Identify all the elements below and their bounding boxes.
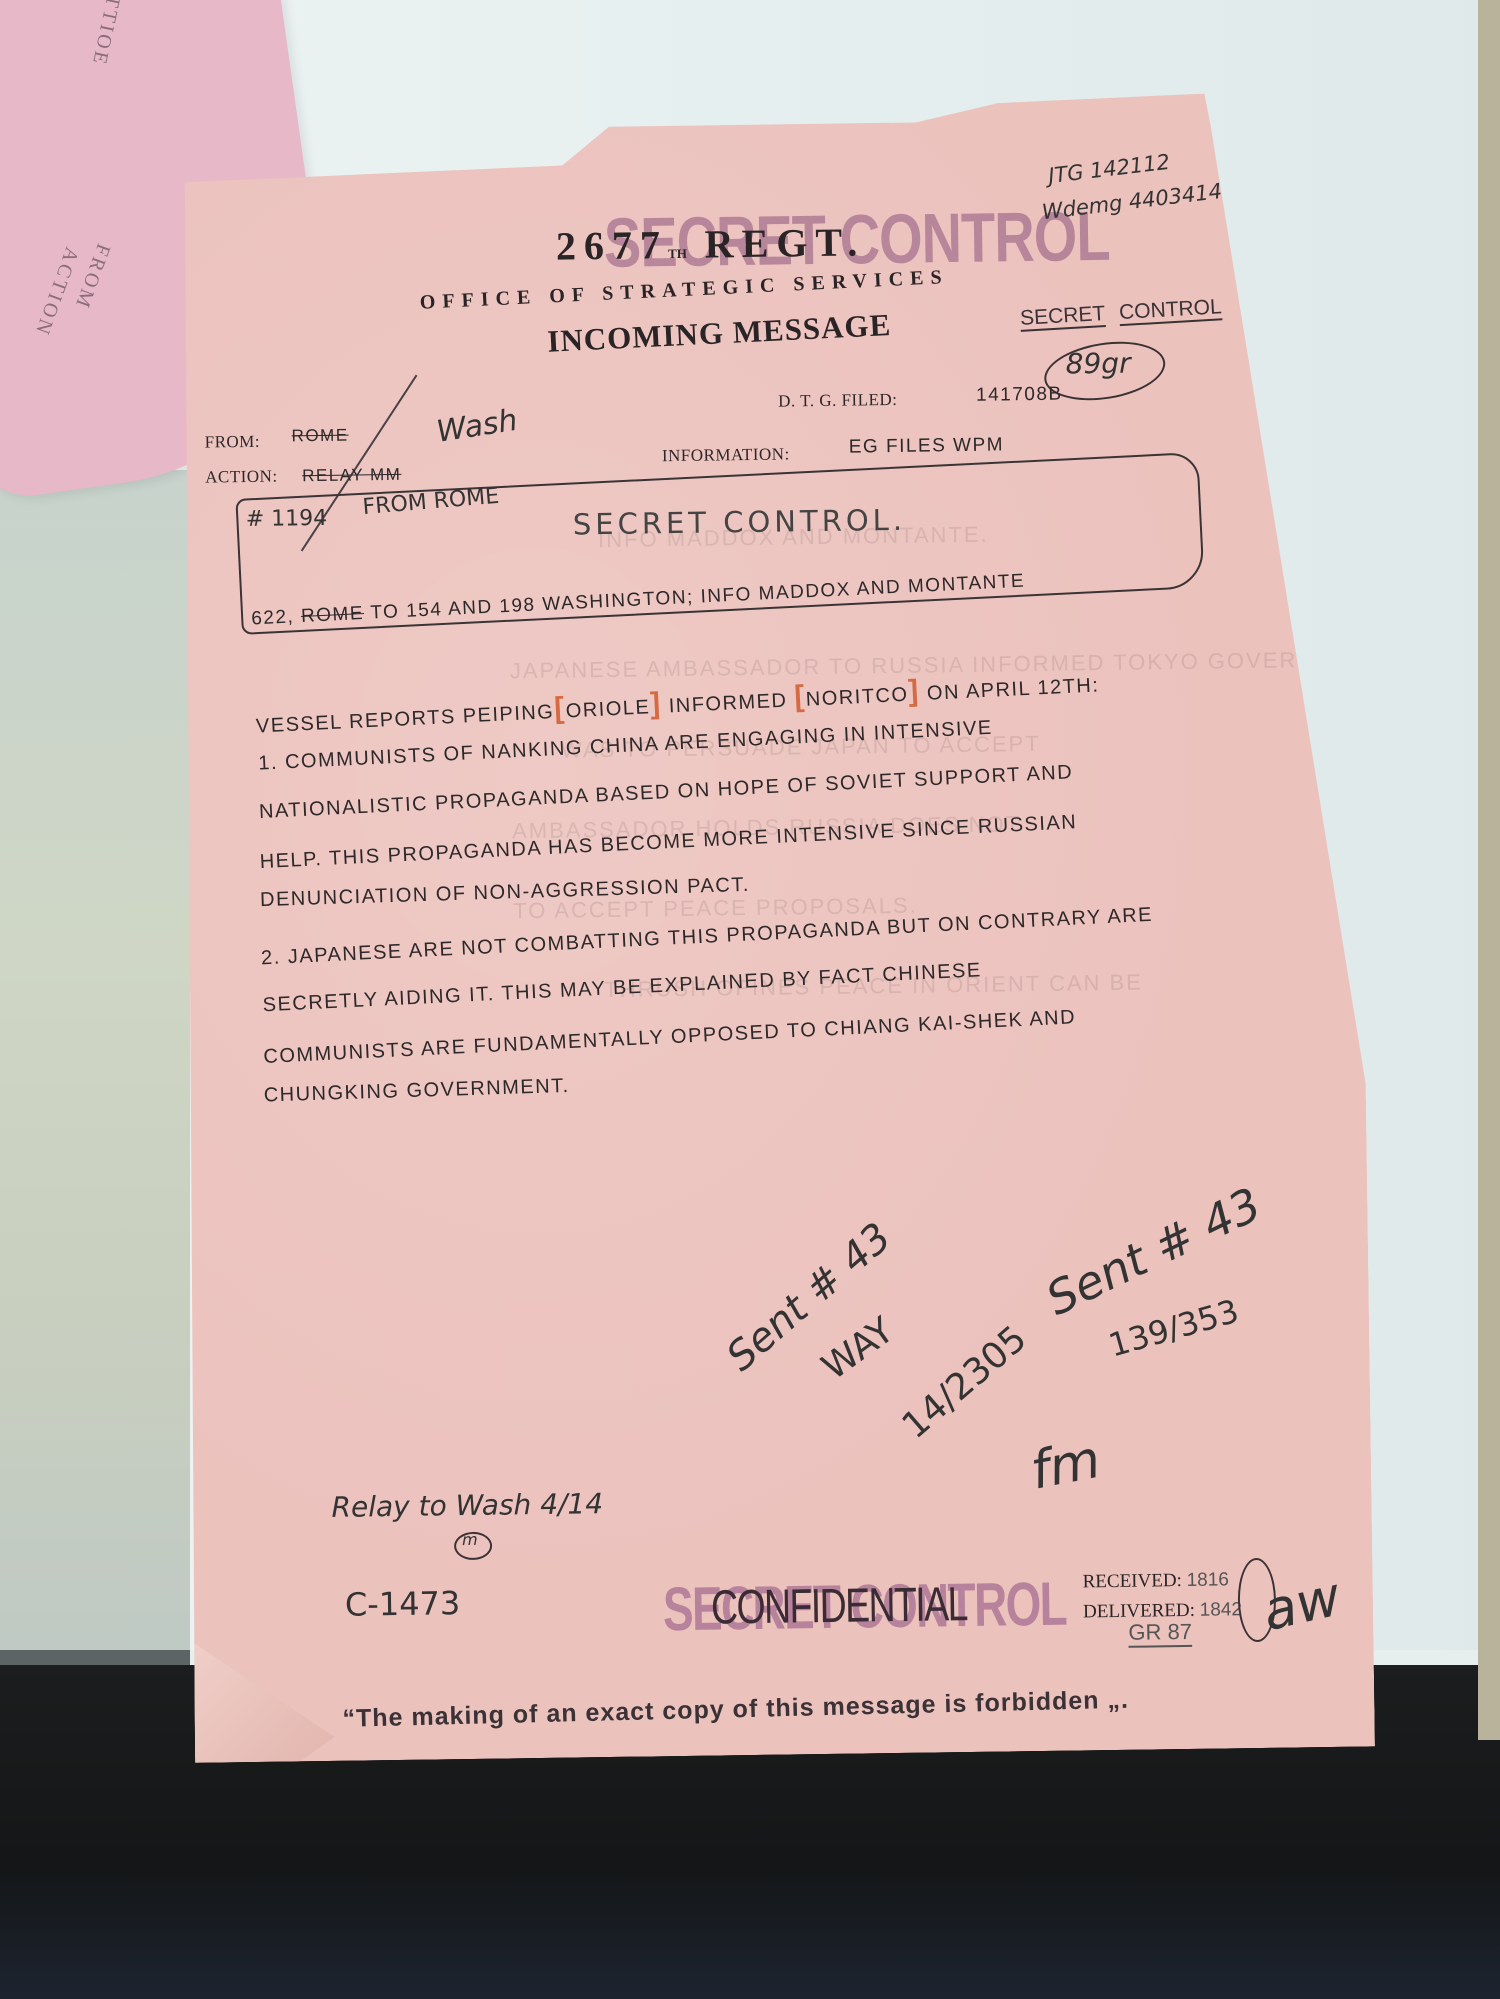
form-title: INCOMING MESSAGE: [547, 307, 892, 360]
handwritten-initials: fm: [1026, 1430, 1105, 1502]
bracket-icon: [: [553, 691, 566, 725]
action-label: ACTION:: [205, 467, 278, 488]
delivered-value: 1842: [1200, 1599, 1243, 1621]
regiment-suffix: TH: [668, 246, 687, 261]
folded-corner: [193, 1641, 335, 1763]
dtg-label: D. T. G. FILED:: [778, 390, 898, 412]
circled-note-text: 89gr: [1065, 347, 1130, 381]
body-line: CHUNGKING GOVERNMENT.: [263, 1075, 570, 1108]
relay-initial: m: [462, 1530, 478, 1549]
group-count: GR 87: [1128, 1619, 1192, 1646]
handwritten-way: WAY: [815, 1310, 902, 1389]
codename-oriole: ORIOLE: [565, 696, 651, 722]
received-value: 1816: [1186, 1569, 1229, 1591]
handwritten-relay: Relay to Wash 4/14: [331, 1487, 603, 1524]
bracket-icon: ]: [649, 687, 662, 721]
background-surface: [0, 470, 190, 1670]
information-value: EG FILES WPM: [849, 434, 1005, 458]
action-value-struck: RELAY MM: [302, 465, 402, 486]
background-right-strip: [1478, 0, 1500, 1740]
from-label: FROM:: [205, 432, 261, 453]
mirrored-text: OTTIOE: [87, 0, 128, 69]
secret-control-label: SECRETCONTROL: [1019, 294, 1236, 330]
received-label: RECEIVED:: [1083, 1570, 1183, 1592]
handwritten-ref: 139/353: [1104, 1292, 1242, 1365]
message-form: INFO MADDOX AND MONTANTE. JAPANESE AMBAS…: [172, 92, 1375, 1763]
from-value-struck: ROME: [291, 426, 348, 447]
from-handwritten: Wash: [434, 403, 519, 450]
bracket-icon: [: [793, 680, 806, 714]
codename-noritco: NORITCO: [805, 684, 909, 711]
receipt-block: RECEIVED: 1816 DELIVERED: 1842: [1082, 1565, 1242, 1627]
dtg-value: 141708B: [976, 384, 1063, 407]
regiment-number: 2677: [556, 222, 669, 269]
message-number: # 1194: [246, 506, 328, 532]
body-line: COMMUNISTS ARE FUNDAMENTALLY OPPOSED TO …: [263, 1006, 1077, 1069]
secret-control-handwritten: SECRET CONTROL.: [573, 503, 907, 542]
information-label: INFORMATION:: [662, 444, 790, 466]
regiment-tail: REGT.: [704, 219, 865, 266]
bracket-icon: ]: [908, 674, 921, 708]
handwritten-jtg: JTG 142112: [1047, 150, 1171, 188]
copy-warning-footer: “The making of an exact copy of this mes…: [342, 1686, 1129, 1734]
handwritten-c-number: C-1473: [345, 1584, 461, 1624]
regiment-header: 2677TH REGT.: [556, 218, 866, 269]
handwritten-date-time: 14/2305: [895, 1318, 1035, 1447]
confidential-stamp: CONFIDENTIAL: [711, 1577, 968, 1636]
